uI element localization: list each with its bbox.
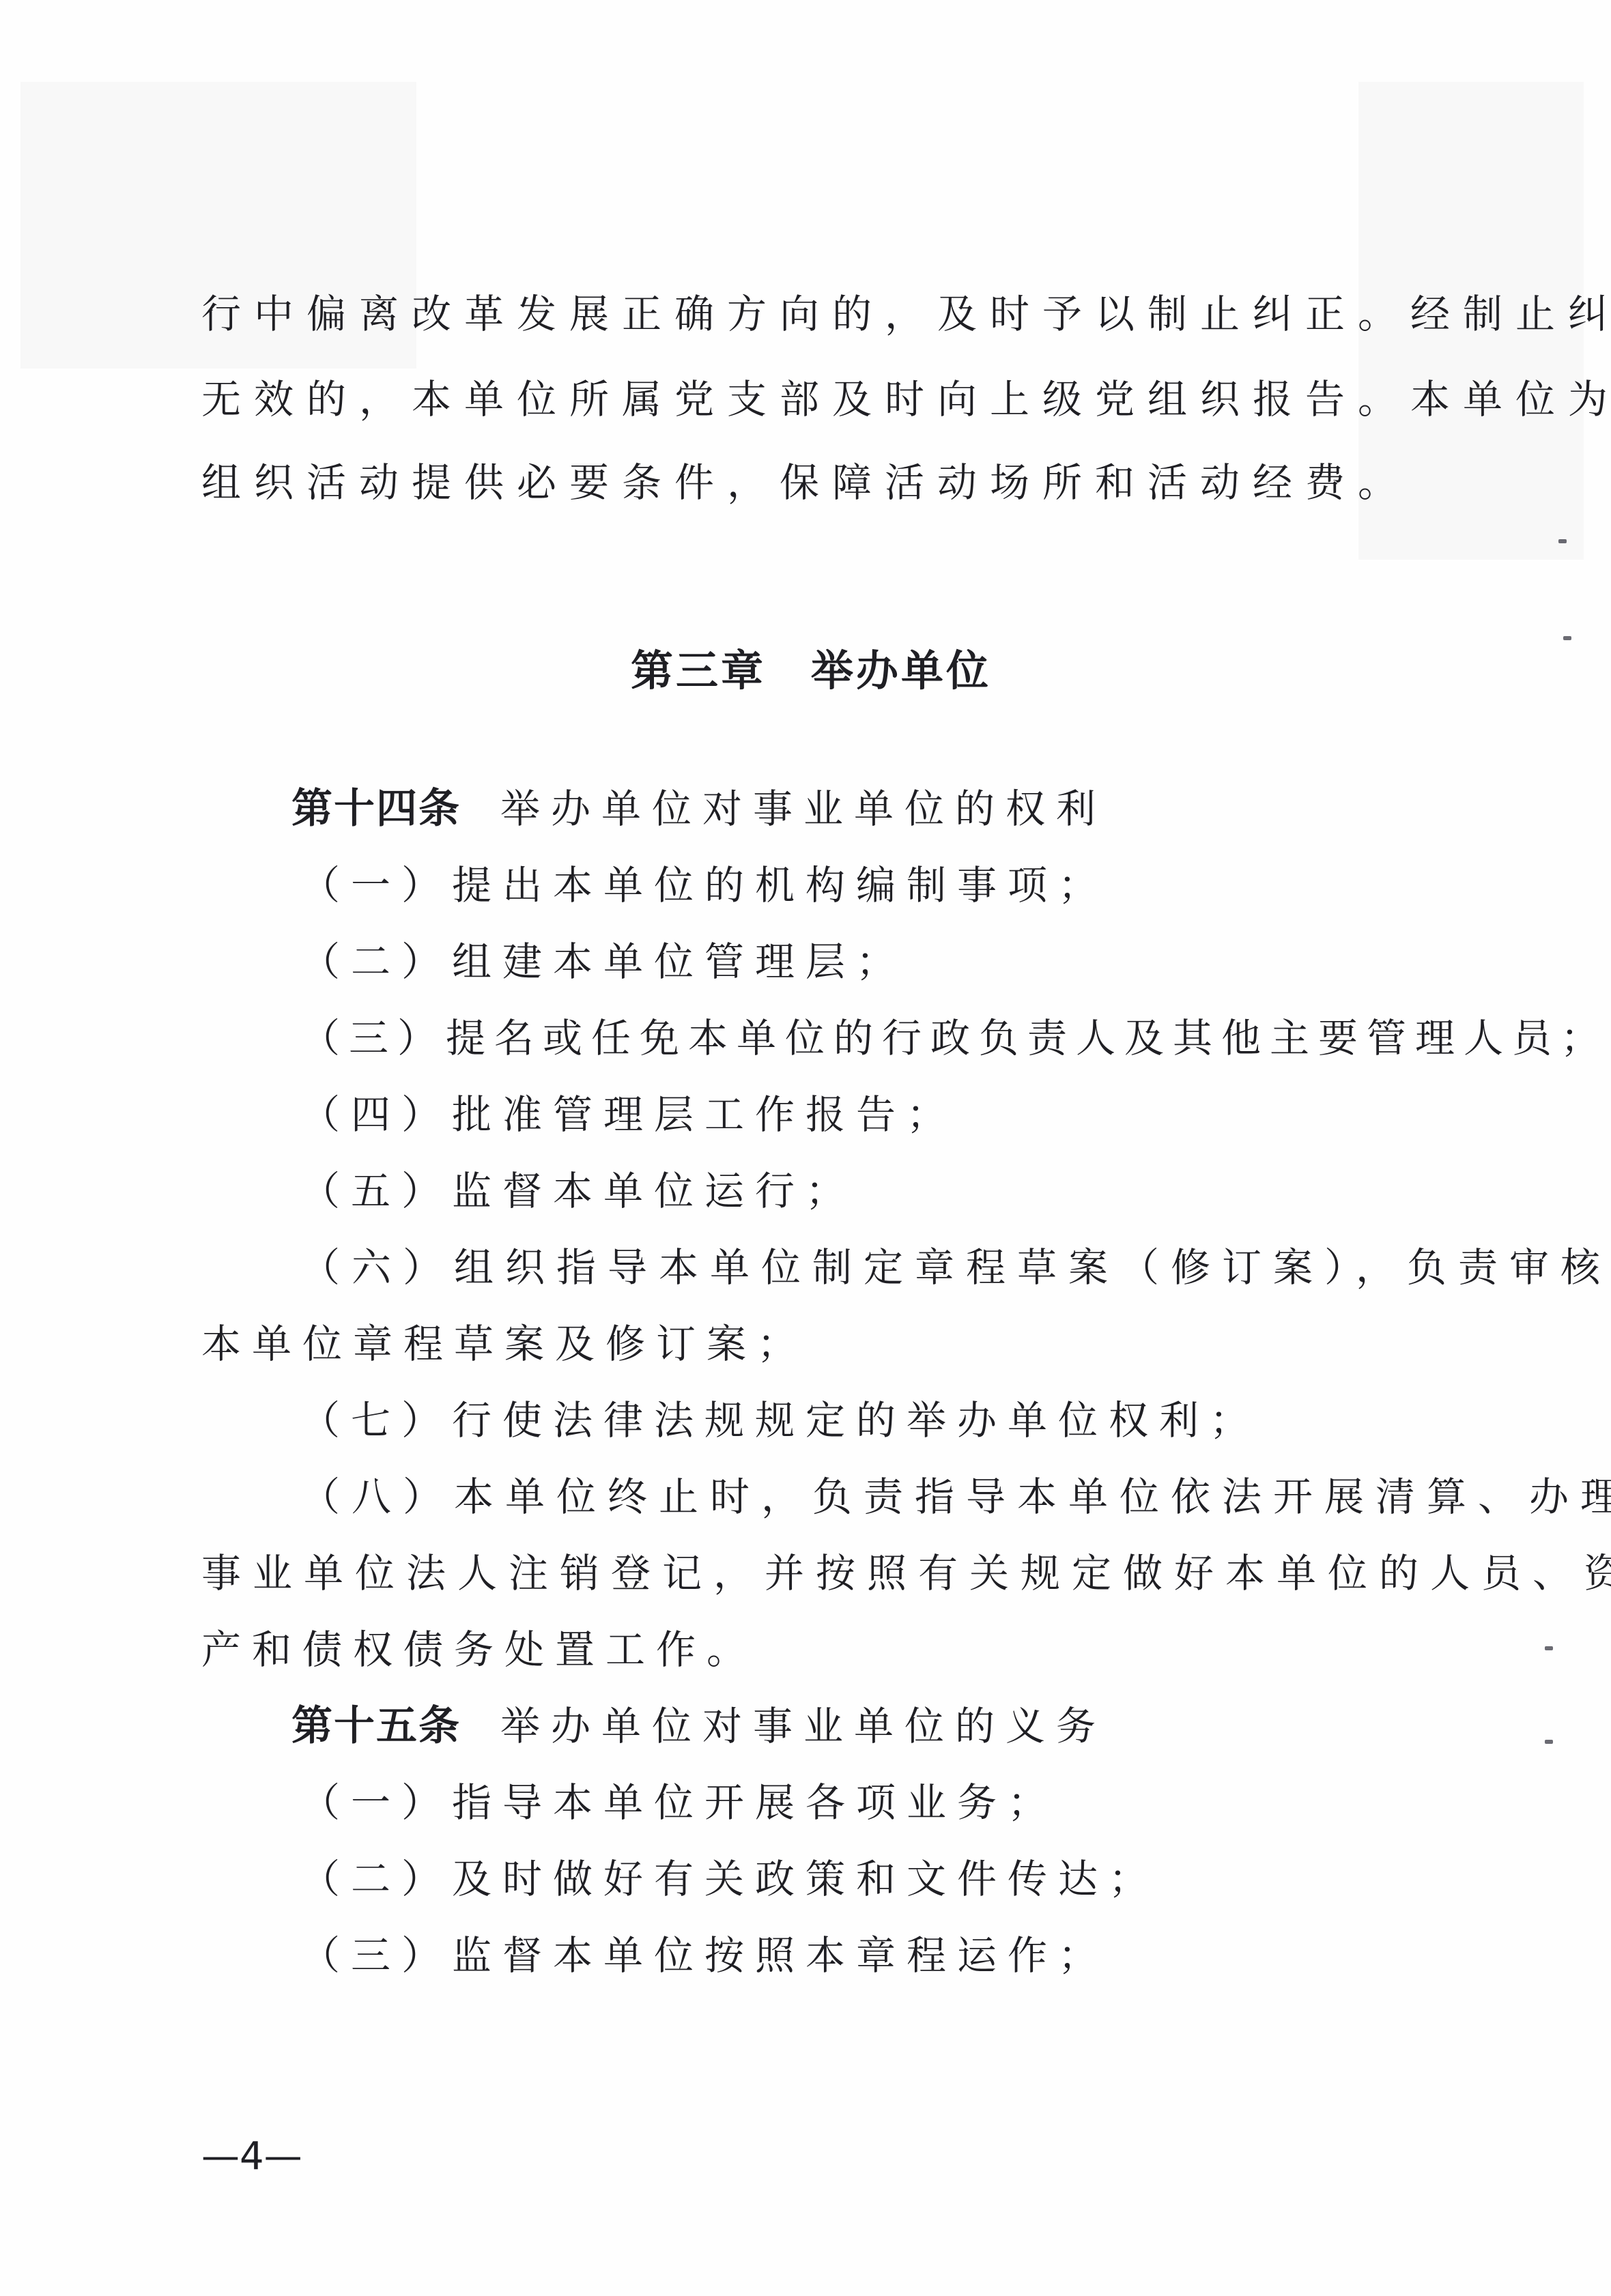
article-title: 举办单位对事业单位的义务 [500, 1703, 1107, 1749]
list-item: （五）监督本单位运行； [300, 1167, 856, 1215]
binding-mark [1563, 636, 1571, 640]
list-item: （一）提出本单位的机构编制事项； [300, 861, 1109, 909]
list-item-continuation: 本单位章程草案及修订案； [201, 1320, 808, 1368]
list-item-continuation: 产和债权债务处置工作。 [201, 1626, 757, 1674]
paragraph-line: 行中偏离改革发展正确方向的，及时予以制止纠正。经制止纠正 [201, 290, 1611, 338]
article-title: 举办单位对事业单位的权利 [500, 786, 1107, 832]
list-item-continuation: 事业单位法人注销登记，并按照有关规定做好本单位的人员、资 [201, 1549, 1611, 1597]
list-item: （二）及时做好有关政策和文件传达； [300, 1855, 1159, 1903]
binding-mark [1558, 539, 1567, 543]
list-item: （一）指导本单位开展各项业务； [300, 1779, 1058, 1826]
binding-mark [1545, 1740, 1553, 1744]
paragraph-line: 组织活动提供必要条件，保障活动场所和活动经费。 [201, 459, 1410, 506]
list-item: （八）本单位终止时，负责指导本单位依法开展清算、办理 [300, 1473, 1611, 1521]
article-heading: 第十四条举办单位对事业单位的权利 [291, 785, 1107, 833]
article-label: 第十四条 [291, 785, 461, 833]
paragraph-line: 无效的，本单位所属党支部及时向上级党组织报告。本单位为党 [201, 375, 1611, 423]
list-item: （三）监督本单位按照本章程运作； [300, 1932, 1109, 1979]
list-item: （二）组建本单位管理层； [300, 938, 907, 986]
document-page: 行中偏离改革发展正确方向的，及时予以制止纠正。经制止纠正 无效的，本单位所属党支… [0, 0, 1611, 2296]
list-item: （四）批准管理层工作报告； [300, 1091, 957, 1138]
list-item: （六）组织指导本单位制定章程草案（修订案），负责审核 [300, 1244, 1611, 1291]
binding-mark [1545, 1646, 1553, 1650]
chapter-heading: 第三章 举办单位 [0, 645, 1611, 697]
article-label: 第十五条 [291, 1702, 461, 1750]
page-number: —4— [201, 2133, 302, 2181]
article-heading: 第十五条举办单位对事业单位的义务 [291, 1702, 1107, 1750]
list-item: （七）行使法律法规规定的举办单位权利； [300, 1396, 1260, 1444]
list-item: （三）提名或任免本单位的行政负责人及其他主要管理人员； [300, 1014, 1609, 1062]
